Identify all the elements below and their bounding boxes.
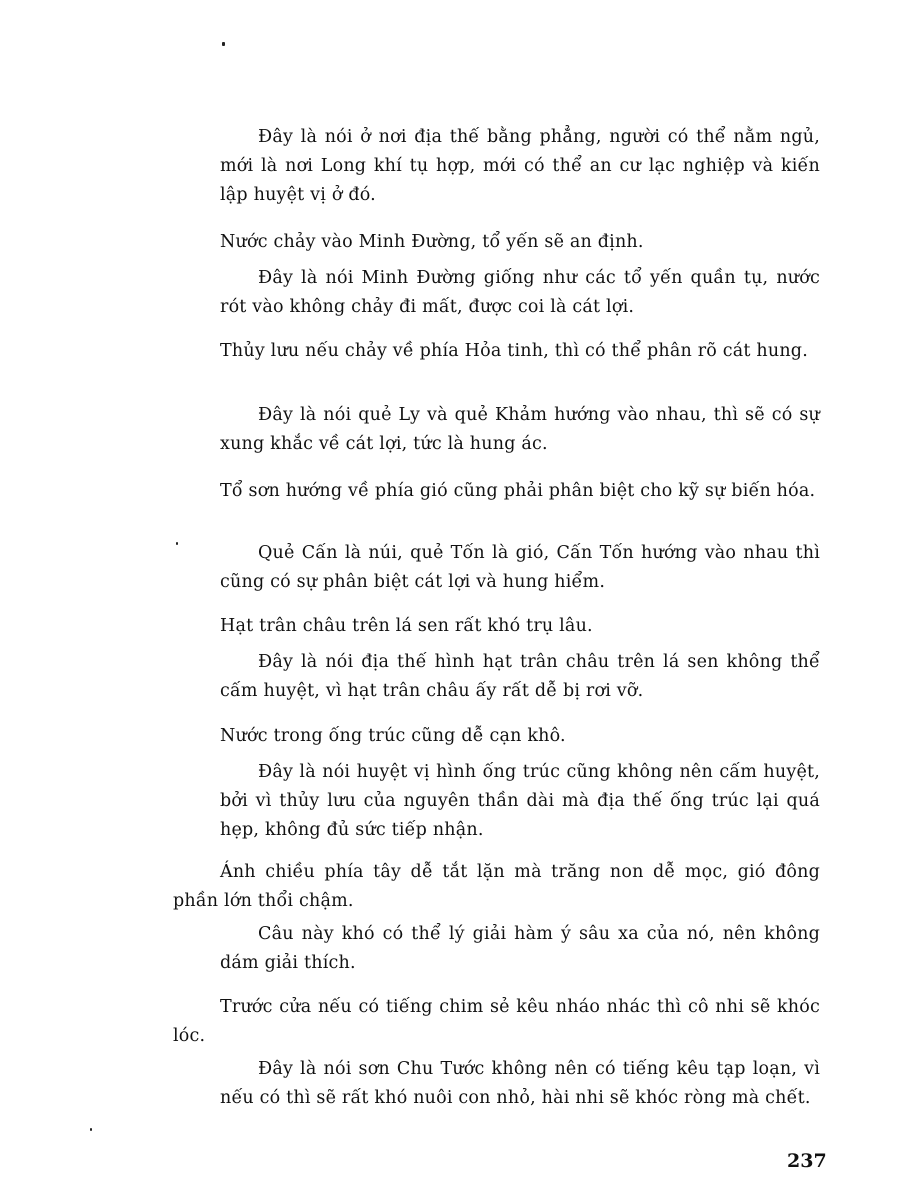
commentary-paragraph: Đây là nói sơn Chu Tước không nên có tiế… [220, 1055, 820, 1113]
verse-paragraph: Nước chảy vào Minh Đường, tổ yến sẽ an đ… [220, 228, 820, 257]
verse-text: Nước chảy vào Minh Đường, tổ yến sẽ an đ… [220, 228, 820, 257]
page-number: 237 [787, 1150, 827, 1172]
commentary-text: Câu này khó có thể lý giải hàm ý sâu xa … [220, 920, 820, 978]
scan-speck [90, 1128, 92, 1131]
verse-paragraph: Thủy lưu nếu chảy về phía Hỏa tinh, thì … [173, 337, 820, 366]
verse-text: Tổ sơn hướng về phía gió cũng phải phân … [173, 477, 820, 506]
verse-text: Hạt trân châu trên lá sen rất khó trụ lâ… [220, 612, 820, 641]
verse-paragraph: Hạt trân châu trên lá sen rất khó trụ lâ… [220, 612, 820, 641]
commentary-paragraph: Đây là nói quẻ Ly và quẻ Khảm hướng vào … [220, 401, 820, 459]
verse-text: Nước trong ống trúc cũng dễ cạn khô. [220, 722, 820, 751]
commentary-text: Đây là nói sơn Chu Tước không nên có tiế… [220, 1055, 820, 1113]
commentary-paragraph: Đây là nói ở nơi địa thế bằng phẳng, ngư… [220, 123, 820, 210]
commentary-text: Đây là nói địa thế hình hạt trân châu tr… [220, 648, 820, 706]
book-page: Đây là nói ở nơi địa thế bằng phẳng, ngư… [0, 0, 921, 1200]
verse-paragraph: Nước trong ống trúc cũng dễ cạn khô. [220, 722, 820, 751]
commentary-text: Quẻ Cấn là núi, quẻ Tốn là gió, Cấn Tốn … [220, 539, 820, 597]
commentary-text: Đây là nói ở nơi địa thế bằng phẳng, ngư… [220, 123, 820, 210]
verse-paragraph: Ánh chiều phía tây dễ tắt lặn mà trăng n… [173, 858, 820, 916]
commentary-paragraph: Đây là nói Minh Đường giống như các tổ y… [220, 264, 820, 322]
commentary-text: Đây là nói quẻ Ly và quẻ Khảm hướng vào … [220, 401, 820, 459]
verse-text: Thủy lưu nếu chảy về phía Hỏa tinh, thì … [173, 337, 820, 366]
commentary-text: Đây là nói huyệt vị hình ống trúc cũng k… [220, 758, 820, 845]
scan-speck [176, 542, 178, 545]
commentary-paragraph: Quẻ Cấn là núi, quẻ Tốn là gió, Cấn Tốn … [220, 539, 820, 597]
commentary-paragraph: Câu này khó có thể lý giải hàm ý sâu xa … [220, 920, 820, 978]
verse-paragraph: Tổ sơn hướng về phía gió cũng phải phân … [173, 477, 820, 506]
commentary-paragraph: Đây là nói huyệt vị hình ống trúc cũng k… [220, 758, 820, 845]
scan-speck [222, 42, 225, 46]
verse-text: Ánh chiều phía tây dễ tắt lặn mà trăng n… [173, 858, 820, 916]
commentary-text: Đây là nói Minh Đường giống như các tổ y… [220, 264, 820, 322]
verse-paragraph: Trước cửa nếu có tiếng chim sẻ kêu nháo … [173, 993, 820, 1051]
verse-text: Trước cửa nếu có tiếng chim sẻ kêu nháo … [173, 993, 820, 1051]
commentary-paragraph: Đây là nói địa thế hình hạt trân châu tr… [220, 648, 820, 706]
